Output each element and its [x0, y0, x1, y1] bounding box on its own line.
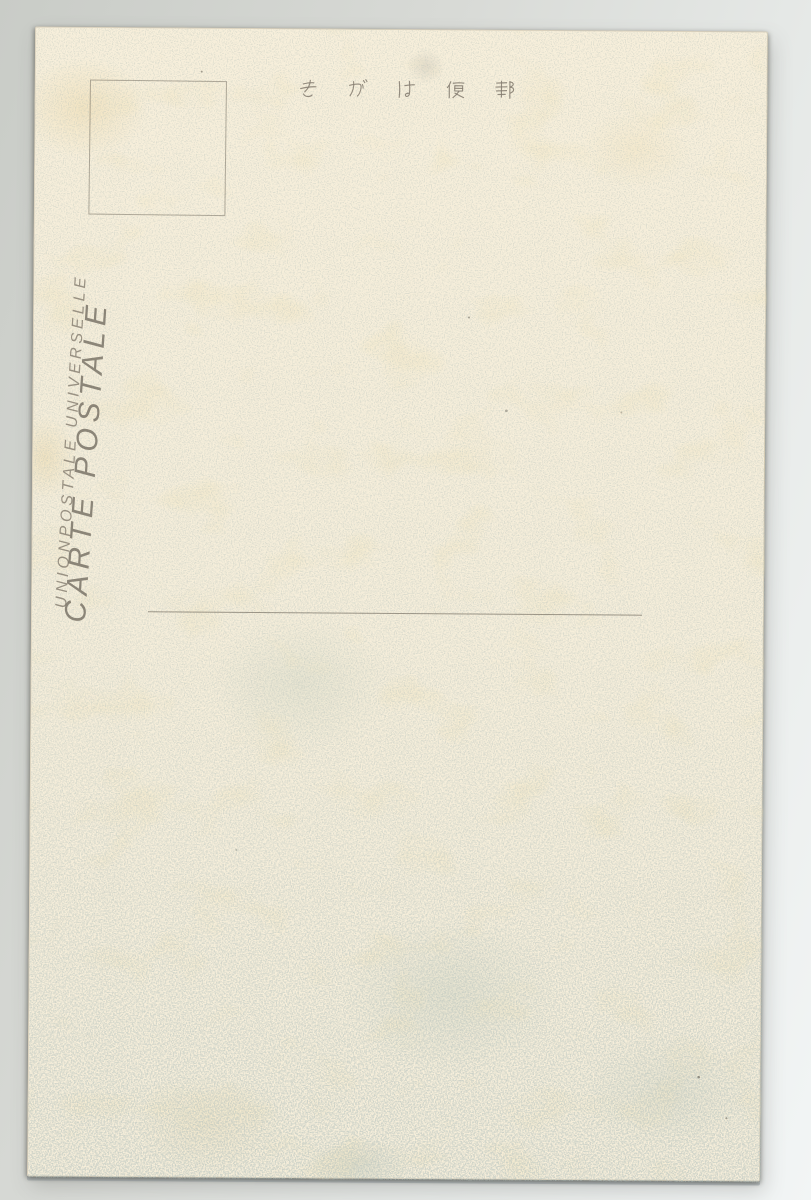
stamp-box	[88, 79, 227, 216]
postcard-heading: き が は	[297, 77, 514, 101]
kanji-bin-icon	[444, 78, 465, 100]
kana-ki-icon	[297, 77, 318, 99]
heading-glyph: が	[346, 77, 367, 99]
dust-specks	[36, 27, 38, 29]
heading-glyph: き	[297, 77, 318, 99]
postcard: き が は	[26, 26, 767, 1181]
kana-ha-icon	[395, 78, 416, 100]
scan-background: き が は	[0, 0, 811, 1200]
heading-glyph: 郵	[493, 78, 514, 100]
address-divider-line	[147, 611, 641, 615]
kanji-yuu-icon	[493, 78, 514, 100]
heading-glyph: は	[395, 78, 416, 100]
heading-glyph: 便	[444, 78, 465, 100]
kana-ga-icon	[346, 77, 367, 99]
